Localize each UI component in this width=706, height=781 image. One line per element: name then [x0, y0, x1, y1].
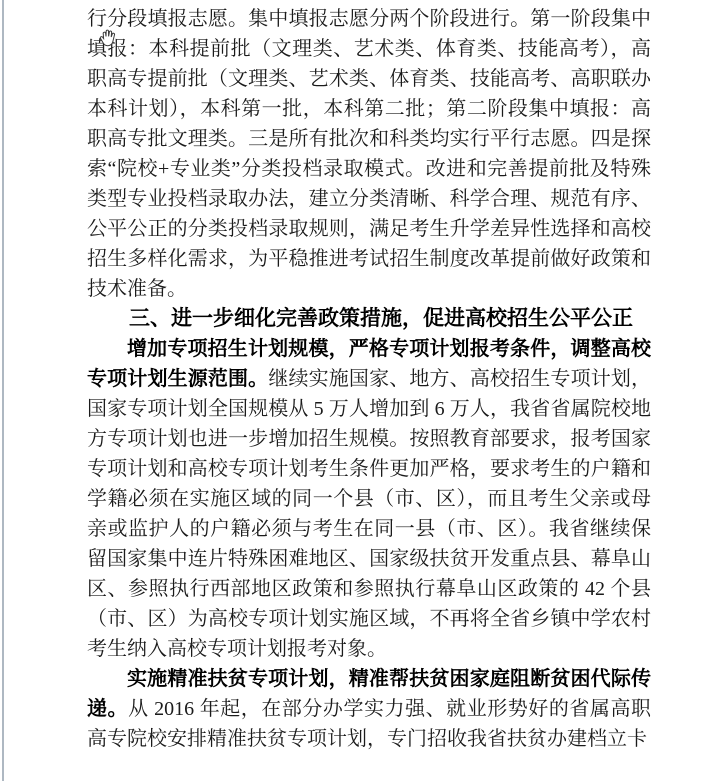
- text-run: 行分段填报志愿。集中填报志愿分两个阶段进行。第一阶段集中填报：本科提前批（文理类…: [87, 8, 651, 300]
- page-edge-line: [2, 0, 4, 781]
- body-paragraph: 行分段填报志愿。集中填报志愿分两个阶段进行。第一阶段集中填报：本科提前批（文理类…: [87, 4, 651, 304]
- bold-text-run: 三、进一步细化完善政策措施，促进高校招生公平公正: [129, 307, 633, 330]
- text-run: 继续实施国家、地方、高校招生专项计划，国家专项计划全国规模从 5 万人增加到 6…: [87, 368, 651, 660]
- document-page[interactable]: 行分段填报志愿。集中填报志愿分两个阶段进行。第一阶段集中填报：本科提前批（文理类…: [0, 0, 706, 781]
- document-viewer: { "window": { "background_color": "#ffff…: [0, 0, 706, 781]
- body-paragraph: 增加专项招生计划规模，严格专项计划报考条件，调整高校专项计划生源范围。继续实施国…: [87, 334, 651, 664]
- section-heading: 三、进一步细化完善政策措施，促进高校招生公平公正: [87, 304, 651, 334]
- text-run: 从 2016 年起，在部分办学实力强、就业形势好的省属高职高专院校安排精准扶贫专…: [87, 698, 651, 750]
- body-paragraph: 实施精准扶贫专项计划，精准帮扶贫困家庭阻断贫困代际传递。从 2016 年起，在部…: [87, 664, 651, 754]
- document-text: 行分段填报志愿。集中填报志愿分两个阶段进行。第一阶段集中填报：本科提前批（文理类…: [87, 4, 651, 754]
